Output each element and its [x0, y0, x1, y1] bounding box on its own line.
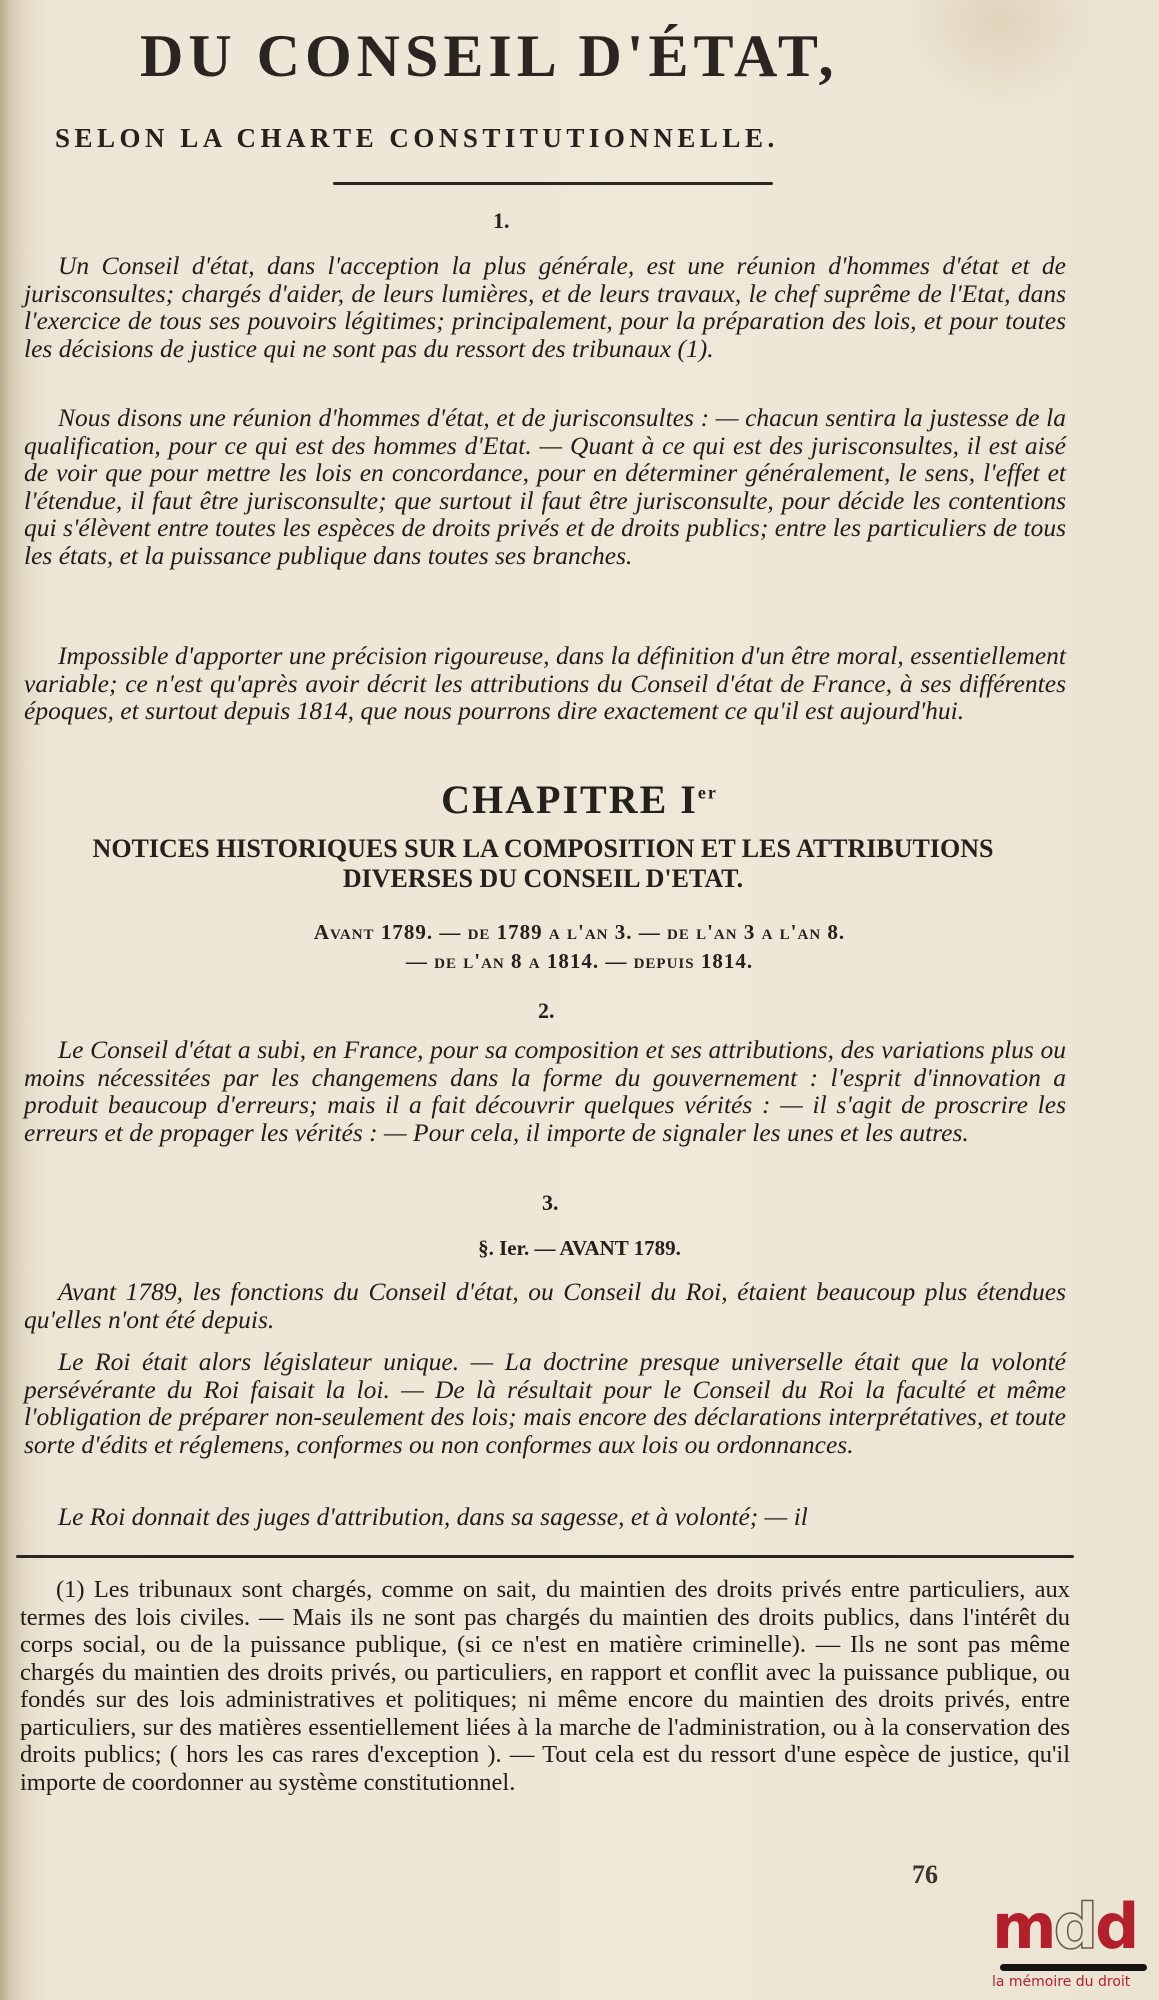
- mdd-watermark-logo: mdd la mémoire du droit: [992, 1900, 1152, 1995]
- title-divider: [333, 182, 773, 185]
- section-number-2: 2.: [538, 998, 555, 1024]
- section-number-1: 1.: [493, 208, 510, 234]
- chapter-title: CHAPITRE I: [441, 777, 698, 822]
- page-title: DU CONSEIL D'ÉTAT,: [140, 22, 838, 91]
- periods-line-2: — de l'an 8 a 1814. — depuis 1814.: [0, 947, 1159, 976]
- logo-letter-d: d: [1095, 1890, 1136, 1963]
- chapter-subtitle: NOTICES HISTORIQUES SUR LA COMPOSITION E…: [28, 834, 1058, 894]
- periods-line-1: Avant 1789. — de 1789 a l'an 3. — de l'a…: [0, 918, 1159, 947]
- footnote-divider: [16, 1555, 1074, 1558]
- paragraph-6: Le Roi était alors législateur unique. —…: [24, 1348, 1066, 1458]
- logo-bar: [1000, 1964, 1147, 1971]
- page-subtitle: SELON LA CHARTE CONSTITUTIONNELLE.: [55, 123, 779, 154]
- page-number: 76: [912, 1860, 938, 1890]
- footnote-1: (1) Les tribunaux sont chargés, comme on…: [20, 1576, 1070, 1796]
- section-number-3: 3.: [542, 1190, 559, 1216]
- section-heading-avant-1789: §. Ier. — AVANT 1789.: [0, 1236, 1159, 1261]
- paragraph-5: Avant 1789, les fonctions du Conseil d'é…: [24, 1278, 1066, 1333]
- paragraph-4: Le Conseil d'état a subi, en France, pou…: [24, 1036, 1066, 1146]
- logo-wordmark: mdd: [992, 1894, 1136, 1960]
- logo-letter-d-outline: d: [1054, 1890, 1095, 1963]
- chapter-title-sup: er: [698, 783, 718, 803]
- chapter-periods: Avant 1789. — de 1789 a l'an 3. — de l'a…: [0, 918, 1159, 976]
- chapter-heading: CHAPITRE Ier: [0, 776, 1159, 823]
- logo-letter-m: m: [992, 1890, 1054, 1963]
- paragraph-1: Un Conseil d'état, dans l'acception la p…: [24, 252, 1066, 362]
- paragraph-3: Impossible d'apporter une précision rigo…: [24, 642, 1066, 725]
- paragraph-7: Le Roi donnait des juges d'attribution, …: [24, 1503, 1066, 1531]
- paragraph-2: Nous disons une réunion d'hommes d'état,…: [24, 404, 1066, 569]
- logo-tagline: la mémoire du droit: [992, 1974, 1157, 1990]
